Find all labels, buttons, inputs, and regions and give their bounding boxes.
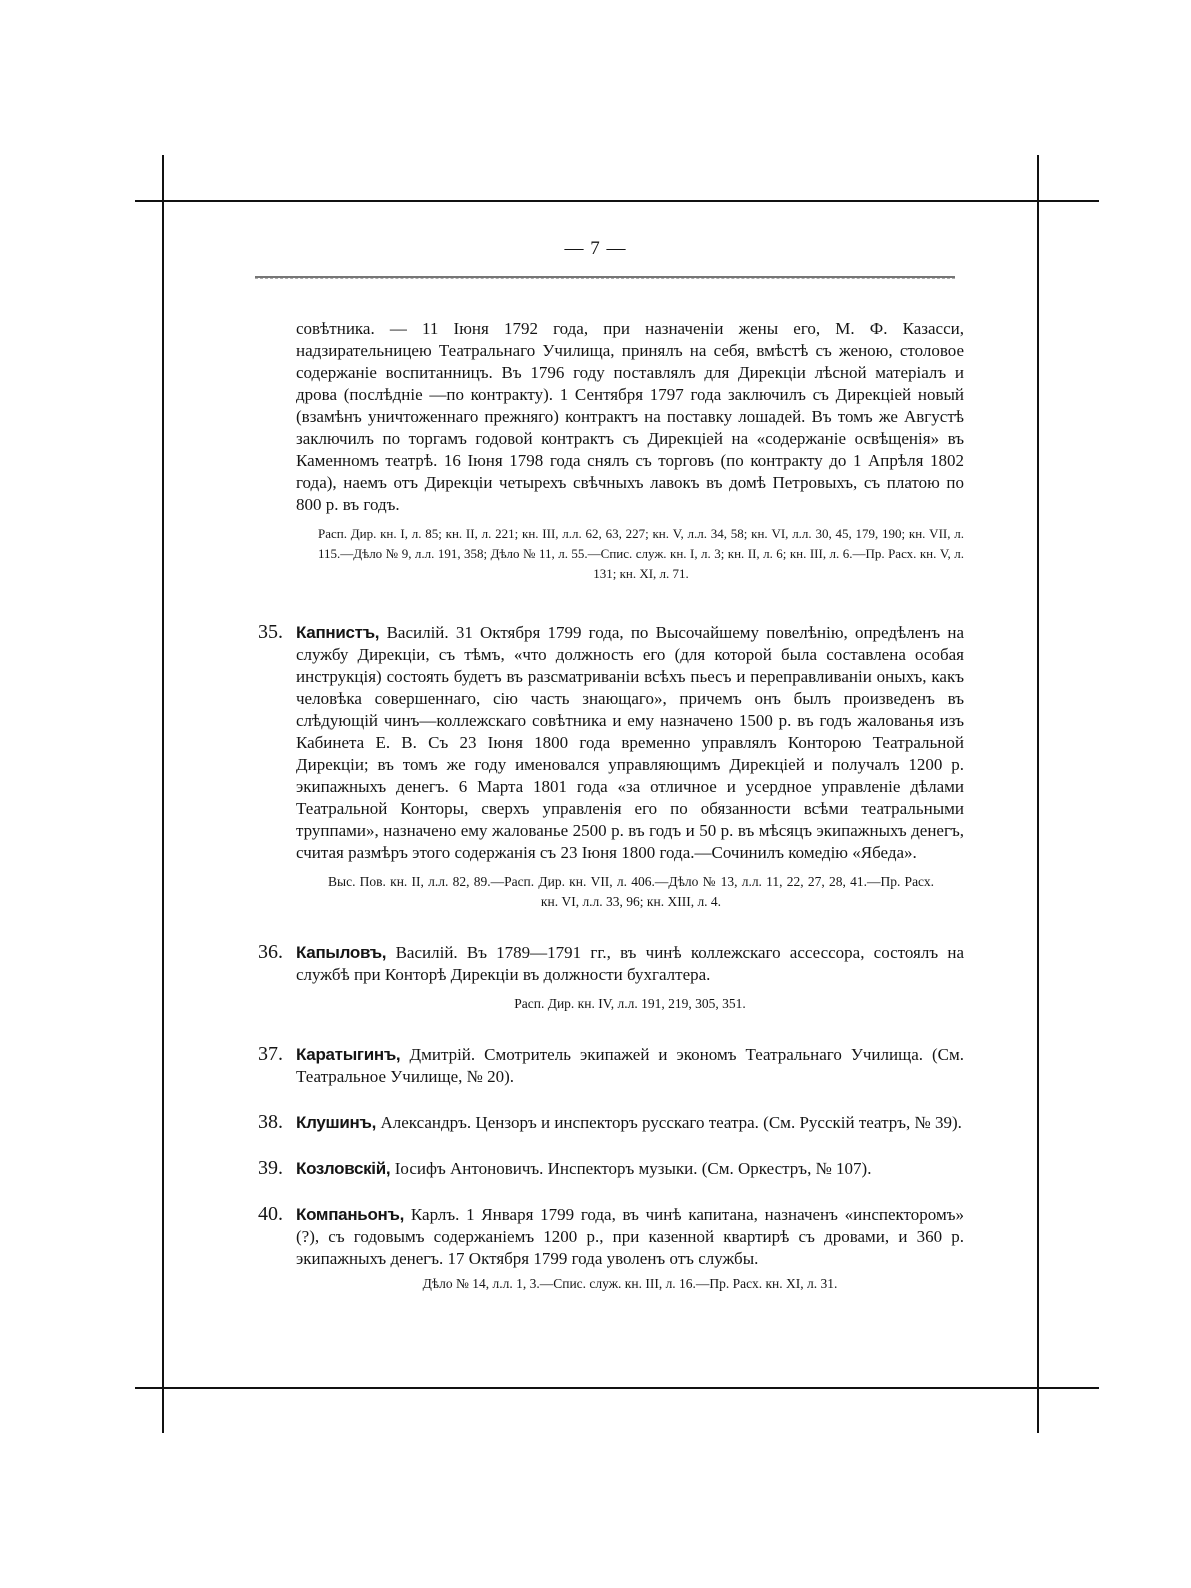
frame-line-bottom [135, 1387, 1099, 1389]
entry-number: 40. [258, 1203, 283, 1225]
entry-number: 36. [258, 941, 283, 963]
frame-line-left [162, 155, 164, 1433]
entry-name: Компаньонъ, [296, 1205, 411, 1224]
entry-name: Капыловъ, [296, 943, 396, 962]
entry-36-sources: Расп. Дир. кн. IV, л.л. 191, 219, 305, 3… [258, 994, 964, 1014]
page-number: — 7 — [0, 238, 1191, 260]
entry-number: 35. [258, 621, 283, 643]
entry-number: 38. [258, 1111, 283, 1133]
entry-40-sources: Дѣло № 14, л.л. 1, 3.—Спис. служ. кн. II… [258, 1274, 964, 1294]
entry-name: Капнистъ, [296, 623, 387, 642]
continuation-paragraph: совѣтника. — 11 Іюня 1792 года, при назн… [258, 318, 964, 516]
frame-line-top [135, 200, 1099, 202]
entry-37: 37. Каратыгинъ, Дмитрій. Смотритель экип… [258, 1044, 964, 1088]
entry-35: 35. Капнистъ, Василій. 31 Октября 1799 г… [258, 622, 964, 864]
entry-name: Каратыгинъ, [296, 1045, 410, 1064]
entry-40: 40. Компаньонъ, Карлъ. 1 Января 1799 год… [258, 1204, 964, 1270]
entry-35-sources: Выс. Пов. кн. II, л.л. 82, 89.—Расп. Дир… [258, 872, 964, 912]
entry-number: 37. [258, 1043, 283, 1065]
header-rule [255, 276, 955, 279]
entry-text: Василій. Въ 1789—1791 гг., въ чинѣ колле… [296, 943, 964, 984]
continuation-sources: Расп. Дир. кн. I, л. 85; кн. II, л. 221;… [258, 524, 964, 584]
entry-text: Іосифъ Антоновичъ. Инспекторъ музыки. (С… [395, 1159, 872, 1178]
entry-38: 38. Клушинъ, Александръ. Цензоръ и инспе… [258, 1112, 964, 1134]
frame-line-right [1037, 155, 1039, 1433]
entry-name: Клушинъ, [296, 1113, 380, 1132]
page-content: совѣтника. — 11 Іюня 1792 года, при назн… [258, 318, 964, 1294]
entry-text: Василій. 31 Октября 1799 года, по Высоча… [296, 623, 964, 862]
entry-number: 39. [258, 1157, 283, 1179]
entry-36: 36. Капыловъ, Василій. Въ 1789—1791 гг.,… [258, 942, 964, 986]
entry-name: Козловскій, [296, 1159, 395, 1178]
entry-text: Александръ. Цензоръ и инспекторъ русскаг… [380, 1113, 961, 1132]
entry-39: 39. Козловскій, Іосифъ Антоновичъ. Инспе… [258, 1158, 964, 1180]
